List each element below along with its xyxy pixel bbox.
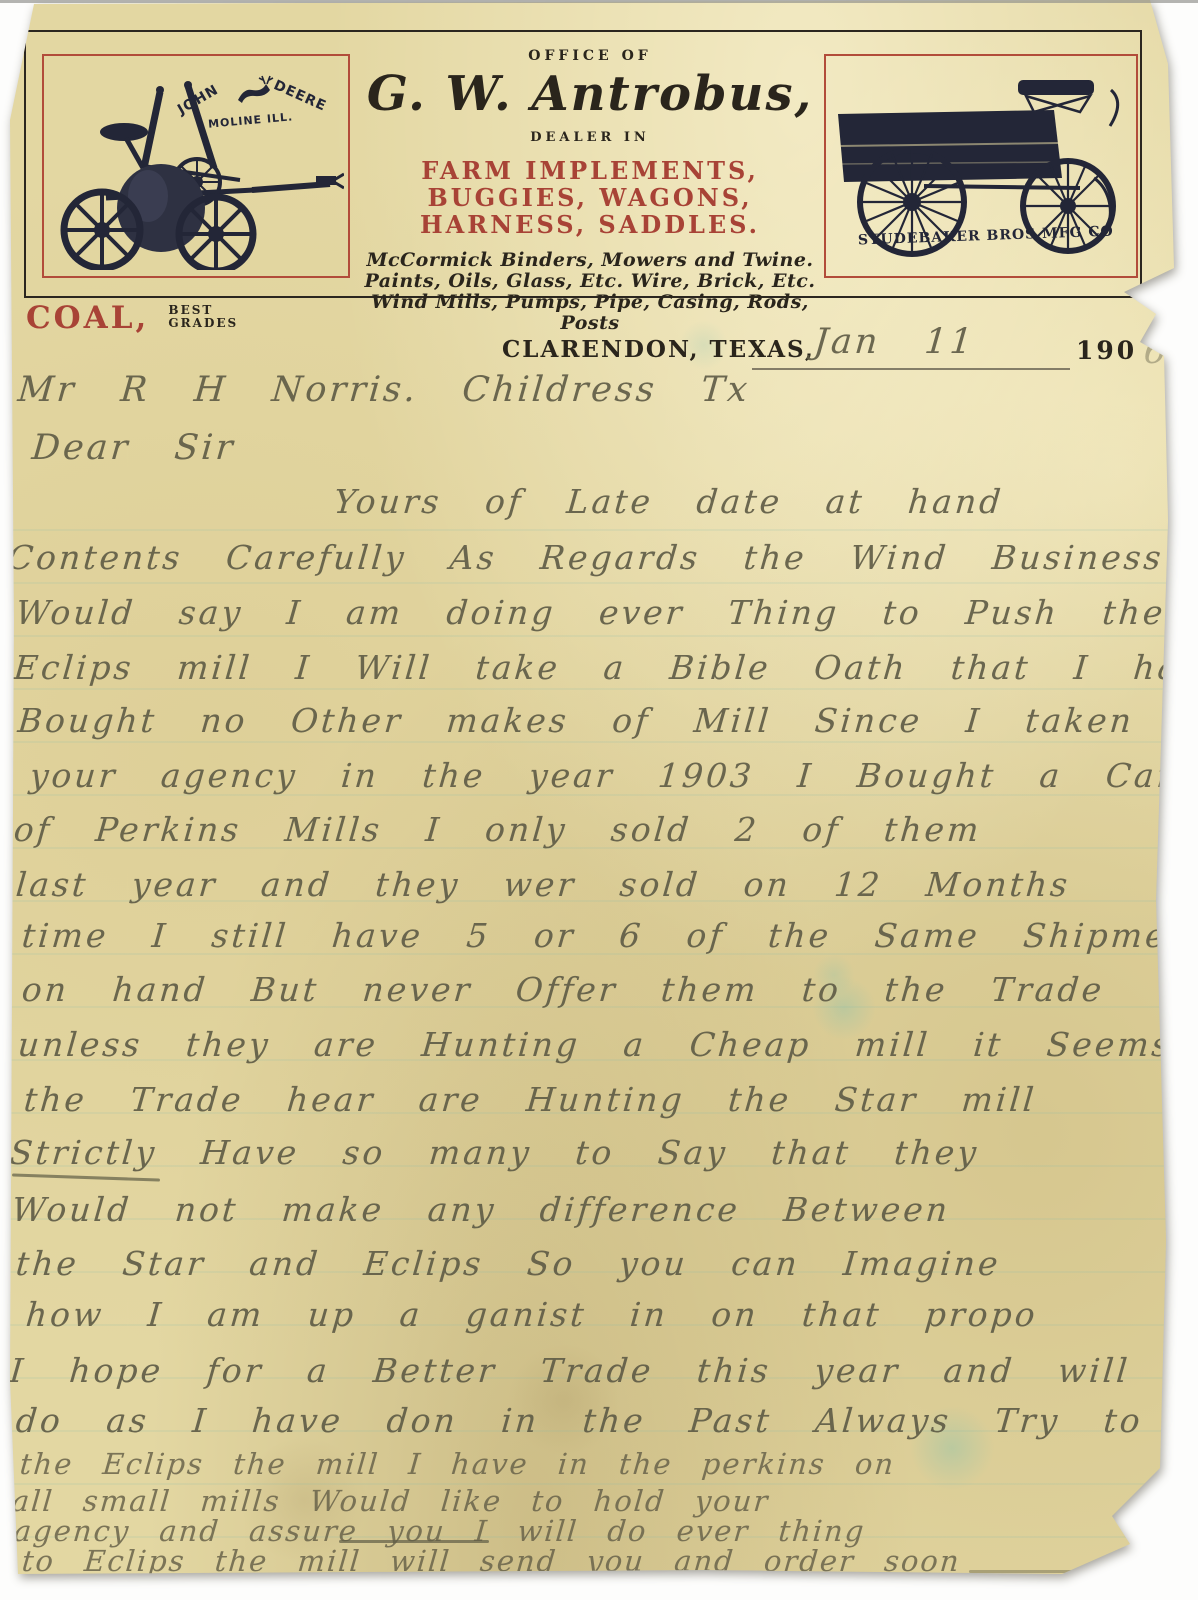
letter-line: Strictly Have so many to Say that they <box>8 1133 980 1172</box>
ink-underline <box>12 1173 160 1181</box>
letter-line: unless they are Hunting a Cheap mill it … <box>16 1025 1173 1064</box>
salutation-line: Dear Sir <box>30 428 237 468</box>
letter-line: the Star and Eclips So you can Imagine <box>14 1244 1002 1283</box>
letter-line: the Eclips the mill I have in the perkin… <box>19 1447 897 1481</box>
ink-underline <box>339 1540 489 1543</box>
letter-line: Eclips mill I Will take a Bible Oath tha… <box>12 648 1176 687</box>
subline: McCormick Binders, Mowers and Twine. <box>356 250 824 271</box>
letter-line: Would not make any difference Between <box>10 1190 952 1229</box>
letter-line: Contents Carefully As Regards the Wind B… <box>6 538 1165 577</box>
letter-line: time I still have 5 or 6 of the Same Shi… <box>20 916 1176 955</box>
ink-underline <box>969 1570 1089 1573</box>
product-line: FARM IMPLEMENTS, <box>356 157 824 184</box>
wagon-caption: STUDEBAKER BROS MFG CO <box>858 224 1114 249</box>
letter-line: all small mills Would like to hold your <box>11 1484 771 1518</box>
letter-line: of Perkins Mills I only sold 2 of them <box>12 810 983 849</box>
letter-scan: JOHN DEERE MOLINE ILL. <box>0 0 1198 1600</box>
handwritten-date: Jan 11 <box>812 322 977 362</box>
letter-line: last year and they wer sold on 12 Months <box>14 865 1072 904</box>
letter-line: your agency in the year 1903 I Bought a … <box>28 756 1176 795</box>
scanner-edge-shadow <box>0 0 1198 3</box>
left-illustration-plate: JOHN DEERE MOLINE ILL. <box>42 54 350 278</box>
coal-grades-label: BEST GRADES <box>168 304 238 330</box>
letterhead-center-text: OFFICE OF G. W. Antrobus, DEALER IN FARM… <box>356 48 824 334</box>
letter-line: Would say I am doing ever Thing to Push … <box>14 593 1167 632</box>
letter-line: on hand But never Offer them to the Trad… <box>20 970 1106 1009</box>
dealer-in-label: DEALER IN <box>356 130 824 145</box>
recipient-line: Mr R H Norris. Childress Tx <box>16 370 752 410</box>
subline: Wind Mills, Pumps, Pipe, Casing, Rods, P… <box>356 292 824 334</box>
coal-row: COAL, BEST GRADES <box>26 300 238 336</box>
aged-paper: JOHN DEERE MOLINE ILL. <box>4 0 1176 1576</box>
letter-line: do as I have don in the Past Always Try … <box>14 1401 1176 1440</box>
letter-line: the Trade hear are Hunting the Star mill <box>22 1080 1038 1119</box>
product-line: HARNESS, SADDLES. <box>356 211 824 238</box>
office-of-label: OFFICE OF <box>356 48 824 64</box>
product-lines: FARM IMPLEMENTS, BUGGIES, WAGONS, HARNES… <box>356 157 824 238</box>
coal-grade-line: GRADES <box>168 316 238 330</box>
secondary-product-lines: McCormick Binders, Mowers and Twine. Pai… <box>356 250 824 334</box>
business-name: G. W. Antrobus, <box>356 66 824 122</box>
studebaker-wagon-illustration: STUDEBAKER BROS MFG CO <box>828 68 1134 264</box>
coal-grade-line: BEST <box>168 303 213 317</box>
city-state-label: CLARENDON, TEXAS, <box>502 336 815 363</box>
printed-year-prefix: 190 <box>1076 336 1137 365</box>
letter-line: Yours of Late date at hand <box>332 482 1005 521</box>
letter-line: how I am up a ganist in on that propo <box>24 1295 1039 1334</box>
right-illustration-plate: STUDEBAKER BROS MFG CO <box>824 54 1138 278</box>
letterhead-border-box: JOHN DEERE MOLINE ILL. <box>24 30 1142 298</box>
date-rule-line <box>752 368 1070 370</box>
letter-line: to Eclips the mill will send you and ord… <box>21 1544 963 1576</box>
product-line: BUGGIES, WAGONS, <box>356 184 824 211</box>
coal-label: COAL, <box>26 300 149 336</box>
john-deere-plow-illustration <box>48 80 344 270</box>
letter-line: I hope for a Better Trade this year and … <box>8 1351 1131 1390</box>
subline: Paints, Oils, Glass, Etc. Wire, Brick, E… <box>356 271 824 292</box>
letter-line: Bought no Other makes of Mill Since I ta… <box>16 701 1135 740</box>
handwritten-year-digit: 6 <box>1142 332 1171 372</box>
